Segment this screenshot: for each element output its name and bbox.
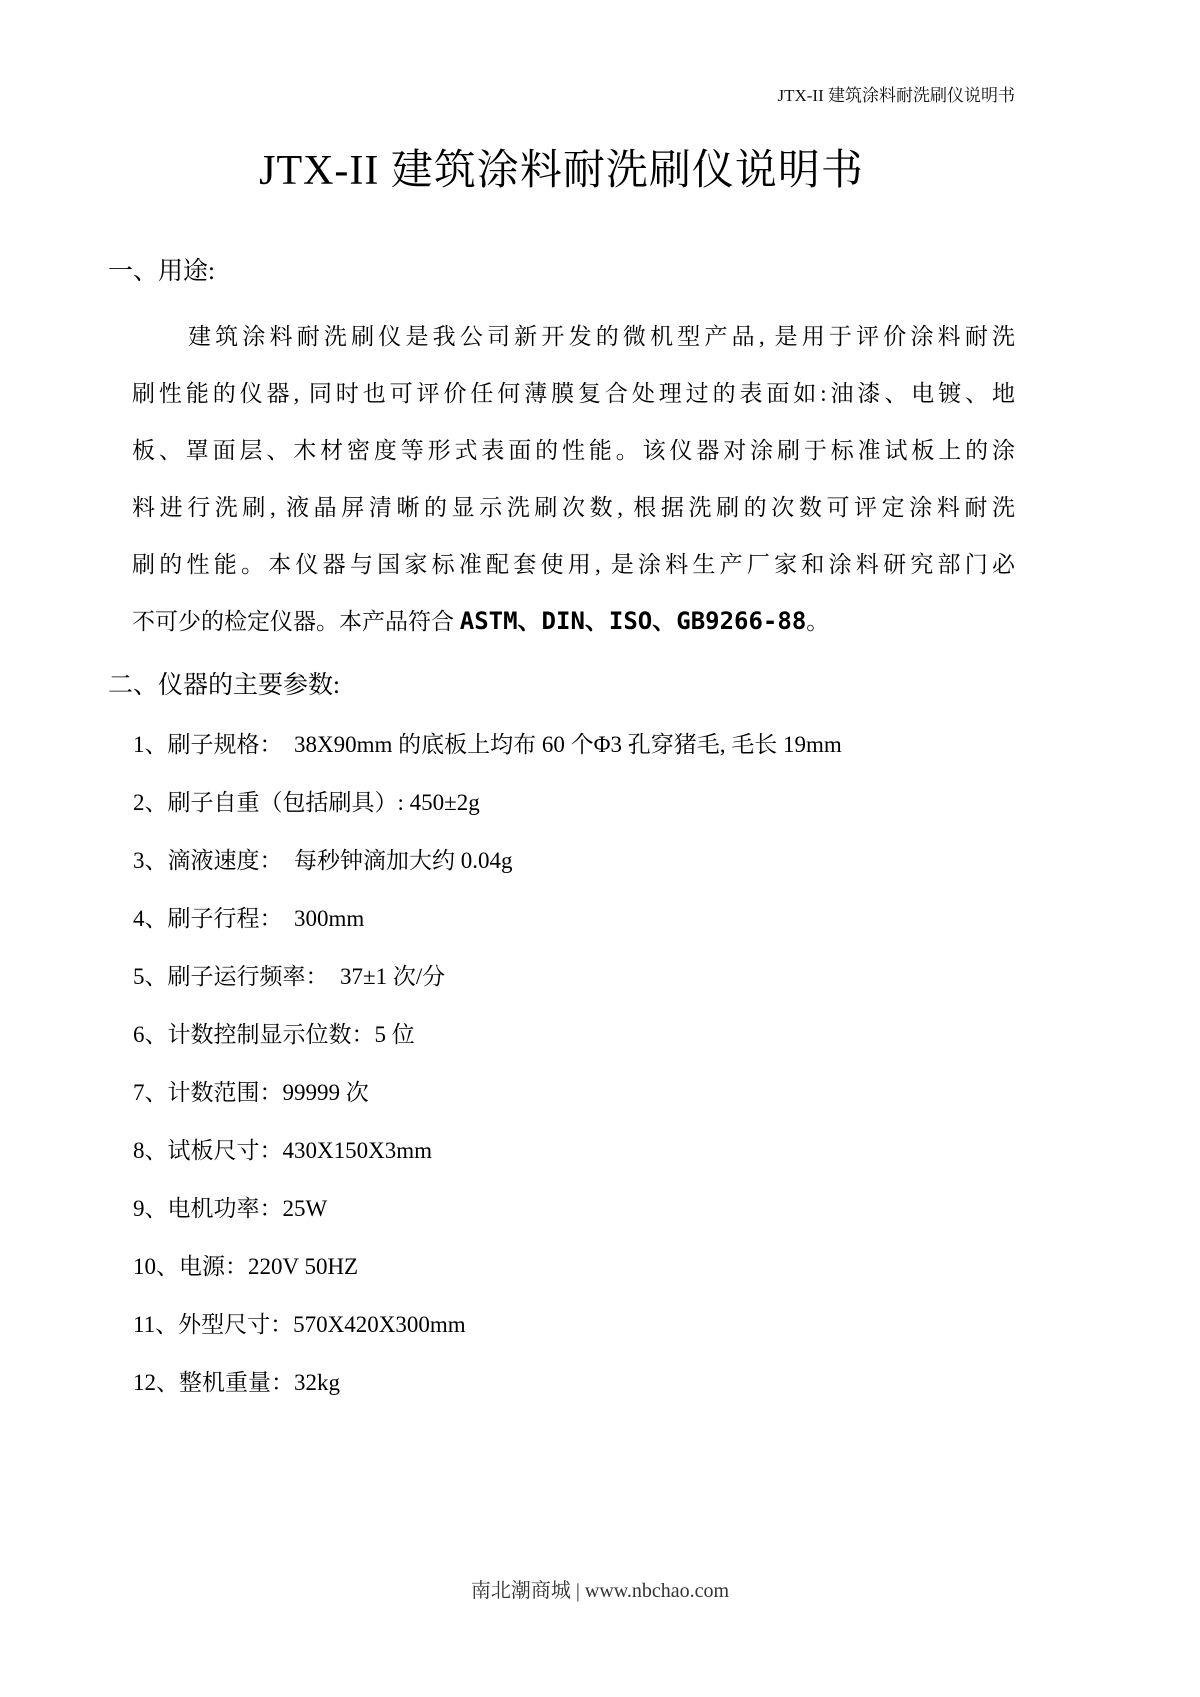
parameter-item-drip-rate: 3、滴液速度： 每秒钟滴加大约 0.04g [133, 832, 1015, 890]
parameter-item-outer-dimensions: 11、外型尺寸：570X420X300mm [133, 1296, 1015, 1354]
parameter-item-counter-digits: 6、计数控制显示位数：5 位 [133, 1006, 1015, 1064]
parameter-item-brush-stroke: 4、刷子行程： 300mm [133, 890, 1015, 948]
parameter-item-total-weight: 12、整机重量：32kg [133, 1354, 1015, 1412]
parameter-item-brush-frequency: 5、刷子运行频率： 37±1 次/分 [133, 948, 1015, 1006]
paragraph-line: 建筑涂料耐洗刷仪是我公司新开发的微机型产品, 是用于评价涂料耐洗 [132, 308, 1015, 365]
last-line-prefix: 不可少的检定仪器。本产品符合 [132, 609, 460, 634]
paragraph-line: 刷性能的仪器, 同时也可评价任何薄膜复合处理过的表面如:油漆、电镀、地 [132, 365, 1015, 422]
last-line-suffix: 。 [806, 609, 829, 634]
section-2-heading: 二、仪器的主要参数: [108, 670, 1015, 702]
parameter-list: 1、刷子规格： 38X90mm 的底板上均布 60 个Φ3 孔穿猪毛, 毛长 1… [133, 716, 1015, 1412]
footer-watermark-text: 南北潮商城 | www.nbchao.com [471, 1580, 729, 1602]
paragraph-line: 料进行洗刷, 液晶屏清晰的显示洗刷次数, 根据洗刷的次数可评定涂料耐洗 [132, 479, 1015, 536]
standards-text: ASTM、DIN、ISO、GB9266-88 [460, 607, 807, 635]
running-header: JTX-II 建筑涂料耐洗刷仪说明书 [108, 0, 1015, 106]
usage-paragraph: 建筑涂料耐洗刷仪是我公司新开发的微机型产品, 是用于评价涂料耐洗 刷性能的仪器,… [132, 308, 1015, 650]
parameter-item-count-range: 7、计数范围：99999 次 [133, 1064, 1015, 1122]
paragraph-line: 不可少的检定仪器。本产品符合 ASTM、DIN、ISO、GB9266-88。 [132, 593, 1015, 650]
parameter-item-brush-weight: 2、刷子自重（包括刷具）: 450±2g [133, 774, 1015, 832]
paragraph-line: 板、罩面层、木材密度等形式表面的性能。该仪器对涂刷于标准试板上的涂 [132, 422, 1015, 479]
header-note-text: JTX-II 建筑涂料耐洗刷仪说明书 [777, 86, 1015, 105]
parameter-item-brush-spec: 1、刷子规格： 38X90mm 的底板上均布 60 个Φ3 孔穿猪毛, 毛长 1… [133, 716, 1015, 774]
section-1-heading: 一、用途: [108, 256, 1015, 288]
document-page: JTX-II 建筑涂料耐洗刷仪说明书 JTX-II 建筑涂料耐洗刷仪说明书 一、… [0, 0, 1200, 1697]
page-footer: 南北潮商城 | www.nbchao.com [0, 1574, 1200, 1603]
parameter-item-panel-size: 8、试板尺寸：430X150X3mm [133, 1122, 1015, 1180]
document-title: JTX-II 建筑涂料耐洗刷仪说明书 [108, 146, 1015, 196]
parameter-item-motor-power: 9、电机功率：25W [133, 1180, 1015, 1238]
parameter-item-power-supply: 10、电源：220V 50HZ [133, 1238, 1015, 1296]
paragraph-line: 刷的性能。本仪器与国家标准配套使用, 是涂料生产厂家和涂料研究部门必 [132, 536, 1015, 593]
